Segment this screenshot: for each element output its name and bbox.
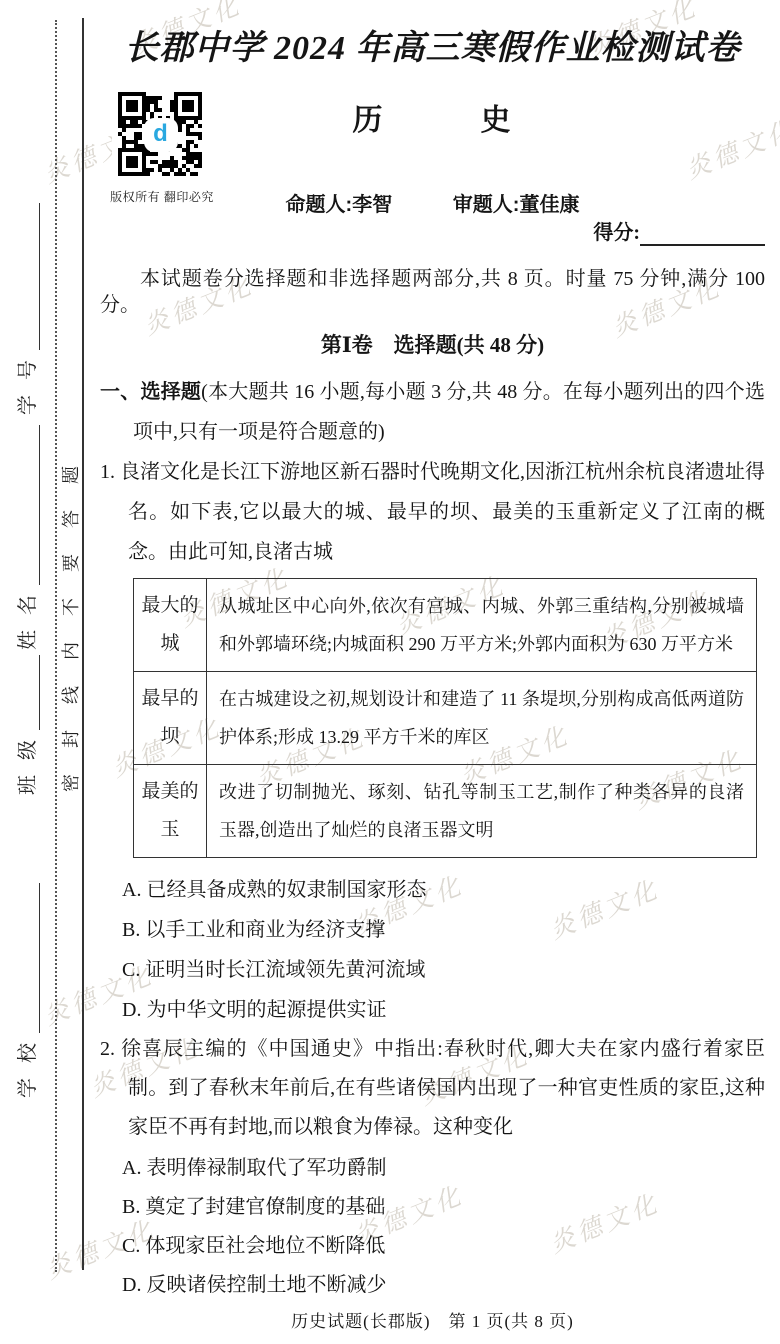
page-footer: 历史试题(长郡版) 第 1 页(共 8 页) [100,1307,765,1332]
options-list: A. 表明俸禄制取代了军功爵制 B. 奠定了封建官僚制度的基础 C. 体现家臣社… [100,1149,765,1305]
option-c: C. 证明当时长江流域领先黄河流域 [122,950,765,990]
seal-dotted-line [55,20,57,1272]
table-row: 最早的坝 在古城建设之初,规划设计和建造了 11 条堤坝,分别构成高低两道防护体… [134,672,757,765]
persons-line: 命题人:李智 审题人:董佳康 [100,192,765,218]
options-list: A. 已经具备成熟的奴隶制国家形态 B. 以手工业和商业为经济支撑 C. 证明当… [100,870,765,1030]
exam-paper-page: 炎德文化 炎德文化 炎德文化 炎德文化 炎德文化 炎德文化 炎德文化 炎德文化 … [0,0,780,1344]
score-label: 得分: [593,222,640,244]
row-label: 最美的玉 [134,765,207,858]
field-student-id: 学号 [14,203,40,415]
row-content: 从城址区中心向外,依次有宫城、内城、外郭三重结构,分别被城墙和外郭墙环绕;内城面… [207,579,757,672]
subject-title: 历 史 [100,100,765,142]
option-c: C. 体现家臣社会地位不断降低 [122,1227,765,1266]
setter-label: 命题人:李智 [286,194,393,216]
field-class-label: 班级 [16,725,40,795]
instructions-rest: (本大题共 16 小题,每小题 3 分,共 48 分。在每小题列出的四个选项中,… [133,381,765,443]
option-d: D. 为中华文明的起源提供实证 [122,990,765,1030]
option-d: D. 反映诸侯控制土地不断减少 [122,1266,765,1305]
section-header: 第Ⅰ卷 选择题(共 48 分) [100,330,765,360]
question-number: 1. [100,461,115,483]
field-school: 学校 [14,883,40,1098]
option-b: B. 以手工业和商业为经济支撑 [122,910,765,950]
field-name: 姓名 [14,425,40,650]
row-label: 最早的坝 [134,672,207,765]
row-label: 最大的城 [134,579,207,672]
question-2: 2. 徐喜辰主编的《中国通史》中指出:春秋时代,卿大夫在家内盛行着家臣制。到了春… [100,1030,765,1305]
question-stem: 2. 徐喜辰主编的《中国通史》中指出:春秋时代,卿大夫在家内盛行着家臣制。到了春… [100,1030,765,1147]
field-blank [13,425,40,585]
page-title: 长郡中学 2024 年高三寒假作业检测试卷 [100,26,765,72]
main-content: 长郡中学 2024 年高三寒假作业检测试卷 历 史 命题人:李智 审题人:董佳康… [100,14,765,1305]
comparison-table: 最大的城 从城址区中心向外,依次有宫城、内城、外郭三重结构,分别被城墙和外郭墙环… [133,578,757,858]
section-instructions: 一、选择题(本大题共 16 小题,每小题 3 分,共 48 分。在每小题列出的四… [100,372,765,452]
score-line: 得分: [100,220,765,246]
score-blank [640,224,765,246]
question-text: 良渚文化是长江下游地区新石器时代晚期文化,因浙江杭州余杭良渚遗址得名。如下表,它… [120,461,765,563]
row-content: 在古城建设之初,规划设计和建造了 11 条堤坝,分别构成高低两道防护体系;形成 … [207,672,757,765]
field-blank [13,655,40,730]
question-number: 2. [100,1038,115,1060]
exam-intro: 本试题卷分选择题和非选择题两部分,共 8 页。时量 75 分钟,满分 100 分… [100,266,765,318]
option-b: B. 奠定了封建官僚制度的基础 [122,1188,765,1227]
field-class: 班级 [14,655,40,795]
table-row: 最美的玉 改进了切制抛光、琢刻、钻孔等制玉工艺,制作了种类各异的良渚玉器,创造出… [134,765,757,858]
table-row: 最大的城 从城址区中心向外,依次有宫城、内城、外郭三重结构,分别被城墙和外郭墙环… [134,579,757,672]
field-name-label: 姓名 [16,580,40,650]
seal-instruction-text: 密封线内不要答题 [58,440,84,792]
row-content: 改进了切制抛光、琢刻、钻孔等制玉工艺,制作了种类各异的良渚玉器,创造出了灿烂的良… [207,765,757,858]
instructions-lead: 一、选择题 [100,381,201,403]
option-a: A. 已经具备成熟的奴隶制国家形态 [122,870,765,910]
option-a: A. 表明俸禄制取代了军功爵制 [122,1149,765,1188]
question-1: 1. 良渚文化是长江下游地区新石器时代晚期文化,因浙江杭州余杭良渚遗址得名。如下… [100,452,765,1030]
field-school-label: 学校 [16,1028,40,1098]
reviewer-label: 审题人:董佳康 [453,194,580,216]
field-blank [13,203,40,350]
question-text: 徐喜辰主编的《中国通史》中指出:春秋时代,卿大夫在家内盛行着家臣制。到了春秋末年… [121,1038,765,1138]
question-stem: 1. 良渚文化是长江下游地区新石器时代晚期文化,因浙江杭州余杭良渚遗址得名。如下… [100,452,765,572]
field-blank [13,883,40,1033]
field-student-id-label: 学号 [16,345,40,415]
